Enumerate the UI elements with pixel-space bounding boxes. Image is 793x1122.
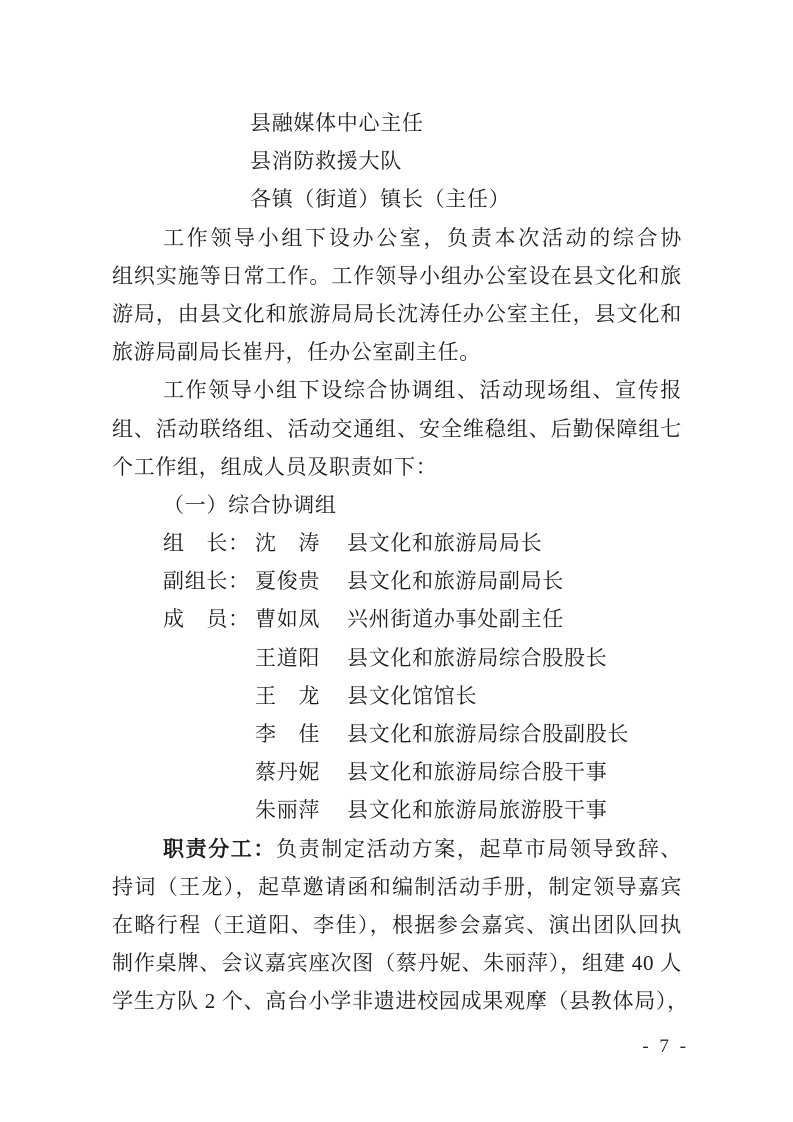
document-body: 县融媒体中心主任 县消防救援大队 各镇（街道）镇长（主任） 工作领导小组下设办公… [112,104,682,1021]
roster-row: 王道阳 县文化和旅游局综合股股长 [112,639,682,677]
roster-title: 兴州街道办事处副主任 [347,600,682,638]
paragraph-groups-line: 个工作组，组成人员及职责如下： [112,448,682,486]
roster-role-label [112,715,255,753]
roster-role-label [112,639,255,677]
roster-name: 朱丽萍 [255,791,347,829]
roster-name: 曹如凤 [255,600,347,638]
roster-row: 李 佳 县文化和旅游局综合股副股长 [112,715,682,753]
roster-role-label [112,791,255,829]
carryover-line: 县消防救援大队 [112,142,682,180]
duty-paragraph-line: 在略行程（王道阳、李佳），根据参会嘉宾、演出团队回执 [112,906,682,944]
roster-role-label: 组 长： [112,524,255,562]
document-page: 县融媒体中心主任 县消防救援大队 各镇（街道）镇长（主任） 工作领导小组下设办公… [0,0,793,1122]
roster-name: 夏俊贵 [255,562,347,600]
roster-row: 王 龙 县文化馆馆长 [112,677,682,715]
paragraph-office-line: 工作领导小组下设办公室，负责本次活动的综合协调、 [112,219,682,257]
paragraph-groups-line: 组、活动联络组、活动交通组、安全维稳组、后勤保障组七 [112,410,682,448]
duty-paragraph-line: 制作桌牌、会议嘉宾座次图（蔡丹妮、朱丽萍），组建 40 人 [112,944,682,982]
roster-title: 县文化和旅游局旅游股干事 [347,791,682,829]
roster-title: 县文化和旅游局综合股干事 [347,753,682,791]
paragraph-groups-line: 工作领导小组下设综合协调组、活动现场组、宣传报道 [112,371,682,409]
roster-name: 沈 涛 [255,524,347,562]
carryover-line: 县融媒体中心主任 [112,104,682,142]
duty-paragraph-line: 职责分工：负责制定活动方案，起草市局领导致辞、主 [112,830,682,868]
duty-paragraph-line: 持词（王龙），起草邀请函和编制活动手册，制定领导嘉宾 [112,868,682,906]
duty-lead-label: 职责分工： [163,838,276,861]
roster-row: 蔡丹妮 县文化和旅游局综合股干事 [112,753,682,791]
roster-row: 组 长： 沈 涛 县文化和旅游局局长 [112,524,682,562]
carryover-line: 各镇（街道）镇长（主任） [112,180,682,218]
roster-name: 李 佳 [255,715,347,753]
roster-title: 县文化和旅游局局长 [347,524,682,562]
roster-role-label: 成 员： [112,600,255,638]
roster-row: 副组长： 夏俊贵 县文化和旅游局副局长 [112,562,682,600]
roster-role-label: 副组长： [112,562,255,600]
roster-row: 朱丽萍 县文化和旅游局旅游股干事 [112,791,682,829]
paragraph-office-line: 旅游局副局长崔丹，任办公室副主任。 [112,333,682,371]
roster-row: 成 员： 曹如凤 兴州街道办事处副主任 [112,600,682,638]
duty-paragraph-line: 学生方队 2 个、高台小学非遗进校园成果观摩（县教体局）， [112,982,682,1020]
paragraph-office-line: 游局，由县文化和旅游局局长沈涛任办公室主任，县文化和 [112,295,682,333]
roster-title: 县文化馆馆长 [347,677,682,715]
roster-name: 王道阳 [255,639,347,677]
roster-title: 县文化和旅游局综合股股长 [347,639,682,677]
roster-role-label [112,677,255,715]
roster-title: 县文化和旅游局综合股副股长 [347,715,682,753]
roster-title: 县文化和旅游局副局长 [347,562,682,600]
roster-name: 蔡丹妮 [255,753,347,791]
section-heading: （一）综合协调组 [112,486,682,524]
paragraph-office-line: 组织实施等日常工作。工作领导小组办公室设在县文化和旅 [112,257,682,295]
page-number: - 7 - [642,1036,689,1058]
roster-role-label [112,753,255,791]
roster-name: 王 龙 [255,677,347,715]
